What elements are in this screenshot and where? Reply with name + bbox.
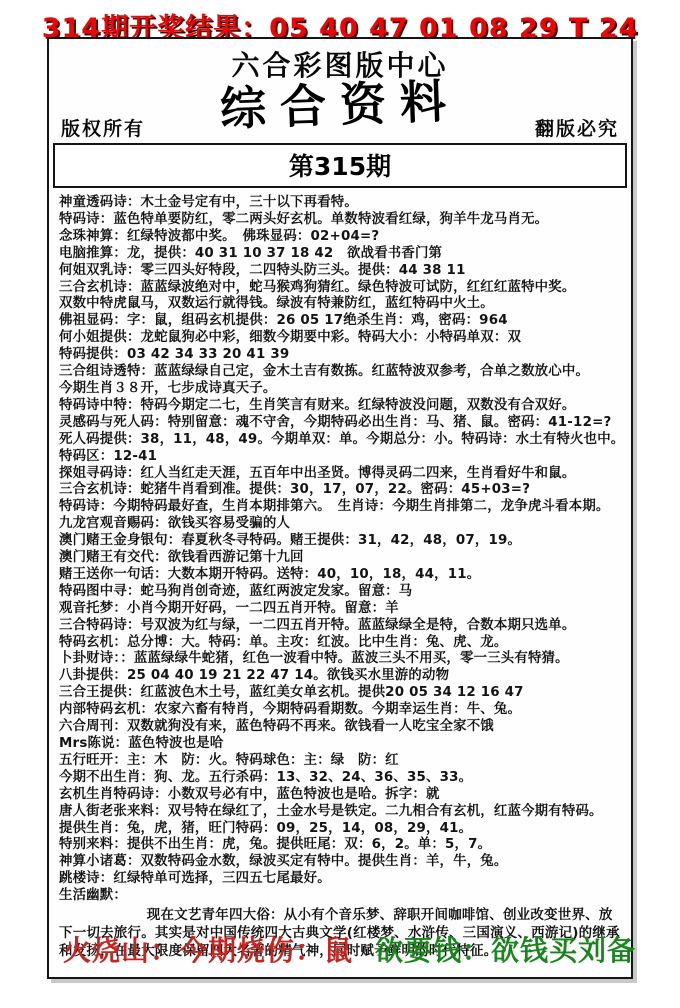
tip-line: 特码诗：蓝色特单要防红，零二两头好玄机。单数特波看红绿，狗羊牛龙马肖无。 (59, 212, 623, 229)
footer-banner: 火烧山：今期烧伤：鼠 欲要钱：欲钱买刘备 (63, 929, 636, 969)
anti-piracy-note: 翻版必究 (535, 114, 619, 141)
masthead: 六合彩图版中心 综合资料 版权所有 翻版必究 (49, 39, 631, 143)
tip-line: 三合玄机诗：蛇猪牛肖看到准。提供：30，17，07，22。密码：45+03=? (59, 482, 623, 499)
main-box: 六合彩图版中心 综合资料 版权所有 翻版必究 第315期 神童透码诗：木土金号定… (47, 37, 633, 979)
issue-title: 第315期 (289, 152, 391, 181)
tip-line: 赌王送你一句话：大数本期开特码。送特：40，10，18，44，11。 (59, 567, 623, 584)
tip-line: 特码区：12-41 (59, 449, 623, 466)
tip-line: 三合王提供：红蓝波色木土号，蓝红美女单玄机。提供20 05 34 12 16 4… (59, 685, 623, 702)
tip-line: 何姐双乳诗：零三四头好特段，二四特头防三头。提供：44 38 11 (59, 263, 623, 280)
tip-line: 特码图中寻：蛇马狗肖创奇迹，蓝红两波定发家。留意：马 (59, 584, 623, 601)
tip-line: 灵感码与死人码：特别留意：魂不守舍，今期特码必出生肖：马、猪、鼠。密码：41-1… (59, 415, 623, 432)
tip-line: 特码诗：今期特码最好查，生肖本期排第六。 生肖诗：今期生肖排第二，龙争虎斗看本期… (59, 499, 623, 516)
money-wish-tip: 欲要钱：欲钱买刘备 (375, 929, 636, 969)
issue-box: 第315期 (53, 143, 627, 188)
tip-line: 六合周刊：双数就狗没有来，蓝色特码不再来。欲钱看一人吃宝全家不饿 (59, 719, 623, 736)
tip-line: 澳门赌王有交代：欲钱看西游记第十九回 (59, 550, 623, 567)
tip-line: 今期生肖３８开，七步成诗真天子。 (59, 381, 623, 398)
tip-line: 唐人街老张来料：双号特在绿红了，土金水号是铁定。二九相合有玄机，红蓝今期有特码。 (59, 804, 623, 821)
tip-line: 特码玄机：总分博：大。特码：单。主攻：红波。比中生肖：兔、虎、龙。 (59, 635, 623, 652)
tip-line: 生活幽默： (59, 888, 623, 905)
tip-line: 今期不出生肖：狗、龙。五行杀码：13、32、24、36、35、33。 (59, 770, 623, 787)
tip-line: 念珠神算：红绿特波都中奖。 佛珠显码：02+04=? (59, 229, 623, 246)
tip-line: 神算小诸葛：双数特码金水数，绿波买定有特中。提供生肖：羊，牛，兔。 (59, 854, 623, 871)
tip-line: 三合玄机诗：蓝蓝绿波绝对中，蛇马猴鸡狗猜红。绿色特波可试防，红红红蓝特中奖。 (59, 280, 623, 297)
tip-line: 特码提供：03 42 34 33 20 41 39 (59, 347, 623, 364)
tip-line: 双数中特虎鼠马，双数运行就得钱。绿波有特兼防红，蓝红特码中火土。 (59, 296, 623, 313)
tip-line: 观音托梦：小肖今期开好码，一二四五肖开特。留意：羊 (59, 601, 623, 618)
tip-line: Mrs陈说：蓝色特波也是哈 (59, 736, 623, 753)
copyright-note: 版权所有 (61, 114, 145, 141)
tip-line: 电脑推算：龙，提供：40 31 10 37 18 42 欲战看书香门第 (59, 246, 623, 263)
tip-line: 卜卦财诗：：蓝蓝绿绿牛蛇猪，红色一波看中特。蓝波三头不用买，零一三头有特猜。 (59, 651, 623, 668)
tip-line: 死人码提供：38，11，48，49。今期单双：单。今期总分：小。特码诗：水土有特… (59, 432, 623, 449)
tips-list: 神童透码诗：木土金号定有中，三十以下再看特。特码诗：蓝色特单要防红，零二两头好玄… (49, 188, 631, 905)
tip-line: 神童透码诗：木土金号定有中，三十以下再看特。 (59, 195, 623, 212)
tip-line: 探姐寻码诗：红人当红走天涯，五百年中出圣贤。博得灵码二四来，生肖看好牛和鼠。 (59, 466, 623, 483)
tip-line: 内部特码玄机：农家六畜有特肖，今期特码看期数。今期幸运生肖：牛、兔。 (59, 702, 623, 719)
tip-line: 八卦提供：25 04 40 19 21 22 47 14。欲钱买水里游的动物 (59, 668, 623, 685)
tip-line: 跳楼诗：红绿特单可选择，三四五七尾最好。 (59, 871, 623, 888)
tip-line: 三合组诗透特：蓝蓝绿绿自己定，金木土吉有数拣。红蓝特波双参考，合单之数放心中。 (59, 364, 623, 381)
tip-line: 佛祖显码：字：鼠，组码玄机提供：26 05 17绝杀生肖：鸡，密码：964 (59, 313, 623, 330)
tip-line: 澳门赌王金身银句：春夏秋冬寻特码。赌王提供：31，42，48，07，19。 (59, 533, 623, 550)
tip-line: 三合特码诗：号双波为红与绿，一二四五肖开特。蓝蓝绿绿全是特，合数本期只选单。 (59, 618, 623, 635)
tip-line: 何小姐提供：龙蛇鼠狗必中彩，细数今期要中彩。特码大小：小特码单双：双 (59, 330, 623, 347)
tip-line: 特别来料：提供不出生肖：虎，兔。提供旺尾：双：6，2。单：5，7。 (59, 837, 623, 854)
tip-line: 特码诗中特：特码今期定二七，生肖笑言有财来。红绿特波没问题，双数没有合双好。 (59, 398, 623, 415)
tip-line: 提供生肖：兔，虎，猪，旺门特码：09，25，14，08，29，41。 (59, 821, 623, 838)
tip-line: 玄机生肖特码诗：小数双号必有中，蓝色特波也是哈。拆字：就 (59, 787, 623, 804)
tip-line: 九龙宫观音赐码：欲钱买容易受骗的人 (59, 516, 623, 533)
fire-mountain-tip: 火烧山：今期烧伤：鼠 (63, 929, 353, 969)
tip-line: 五行旺开：主：木 防：火。特码球色：主：绿 防：红 (59, 753, 623, 770)
